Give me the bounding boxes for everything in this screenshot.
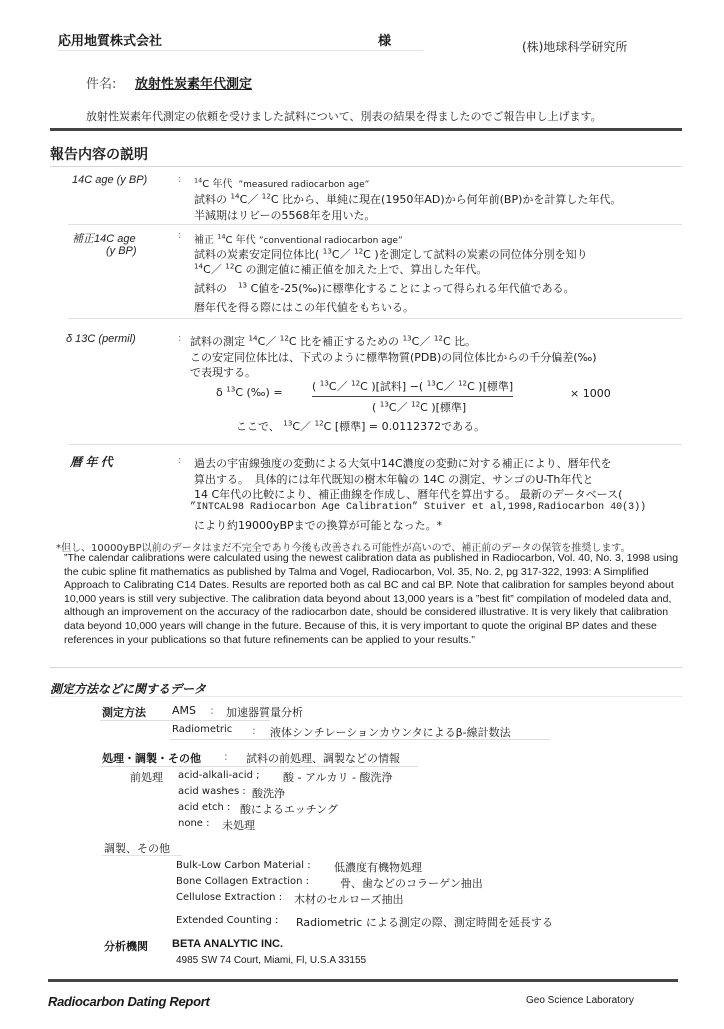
desc-line: 14C／ 12C の測定値に補正値を加えた上で、算出した年代。 [194, 261, 487, 277]
pretreatment-key: acid-alkali-acid ; [178, 770, 259, 781]
desc-line: 試料の 13 C値を-25(‰)に標準化することによって得られる年代値である。 [194, 280, 575, 296]
colon: : [178, 174, 181, 185]
ams-colon: : [210, 704, 214, 717]
formula-multiplier: × 1000 [570, 387, 611, 400]
desc-line: 暦年代を得る際にはこの年代値をもちいる。 [194, 299, 414, 315]
pretreatment-key: none : [178, 818, 210, 829]
divider [100, 766, 418, 767]
preparation-value: 低濃度有機物処理 [334, 859, 422, 875]
section-title-methods: 測定方法などに関するデータ [50, 680, 206, 697]
calibration-note: ”The calendar calibrations were calculat… [64, 552, 684, 647]
pretreatment-key: acid etch : [178, 802, 230, 813]
footer-divider [48, 979, 678, 982]
desc-line: により約19000yBPまでの換算が可能となった。* [194, 517, 442, 533]
extended-key: Extended Counting : [176, 915, 278, 926]
pretreatment-value: 未処理 [222, 817, 255, 833]
ams-value: 加速器質量分析 [226, 704, 303, 720]
label-calendar-age: 暦 年 代 [70, 453, 113, 470]
desc-line: 試料の測定 14C／ 12C 比を補正するための 13C／ 12C 比。 [190, 333, 476, 349]
pretreatment-value: 酸 - アルカリ - 酸洗浄 [283, 769, 392, 785]
processing-colon: : [224, 750, 228, 763]
pretreatment-value: 酸によるエッチング [240, 801, 338, 817]
lab-label: 分析機関 [104, 938, 148, 954]
ams-key: AMS [172, 704, 196, 717]
preparation-value: 骨、歯などのコラーゲン抽出 [340, 875, 483, 891]
issuer-name: (株)地球科学研究所 [522, 38, 627, 55]
subject-label: 件名: [86, 73, 116, 92]
desc-line: 補正 14C 年代 ”conventional radiocarbon age” [194, 231, 403, 246]
desc-line: 試料の炭素安定同位体比( 13C／ 12C )を測定して試料の炭素の同位体分別を… [194, 246, 588, 262]
preparation-key: Bone Collagen Extraction : [176, 876, 309, 887]
divider [100, 720, 270, 721]
label-corrected-14c-age: 補正14C age [72, 230, 136, 246]
divider [50, 667, 682, 668]
client-name: 応用地質株式会社 [58, 30, 162, 49]
extended-value: Radiometric による測定の際、測定時間を延長する [296, 914, 553, 930]
desc-line: 過去の宇宙線強度の変動による大気中14C濃度の変動に対する補正により、暦年代を [194, 455, 612, 471]
radiometric-value: 液体シンチレーションカウンタによるβ-線計数法 [270, 724, 511, 740]
footer-report-title: Radiocarbon Dating Report [48, 994, 210, 1009]
desc-line: 算出する。 具体的には年代既知の樹木年輪の 14C の測定、サンゴのU-Th年代… [194, 471, 593, 487]
lab-name: BETA ANALYTIC INC. [172, 938, 283, 950]
section-title-explanation: 報告内容の説明 [50, 144, 148, 164]
measurement-label: 測定方法 [102, 704, 146, 720]
desc-line: 14 C年代の比較により、補正曲線を作成し、暦年代を算出する。 最新のデータベー… [194, 486, 622, 502]
lab-address: 4985 SW 74 Court, Miami, Fl, U.S.A 33155 [176, 955, 366, 966]
header-divider [50, 128, 682, 131]
honorific: 様 [378, 30, 391, 49]
radiometric-colon: : [252, 724, 256, 737]
divider [170, 739, 550, 740]
pretreatment-key: acid washes : [178, 786, 246, 797]
desc-line: 14C 年代 ”measured radiocarbon age” [194, 175, 369, 190]
intro-text: 放射性炭素年代測定の依頼を受けました試料について、別表の結果を得ましたのでご報告… [86, 108, 602, 124]
processing-value: 試料の前処理、調製などの情報 [246, 750, 400, 766]
divider [102, 855, 182, 856]
radiometric-key: Radiometric [172, 724, 232, 735]
subject-title: 放射性炭素年代測定 [135, 73, 252, 92]
desc-line: 試料の 14C／ 12C 比から、単純に現在(1950年AD)から何年前(BP)… [194, 191, 621, 207]
divider [68, 318, 682, 319]
desc-line: ”INTCAL98 Radiocarbon Age Calibration” S… [190, 502, 646, 513]
formula-denominator: ( 13C／ 12C )[標準] [372, 399, 466, 415]
pretreatment-label: 前処理 [130, 769, 163, 785]
divider [68, 444, 682, 445]
label-delta13c: δ 13C (permil) [66, 333, 136, 345]
preparation-key: Bulk-Low Carbon Material : [176, 860, 311, 871]
divider [68, 224, 682, 225]
divider [50, 696, 682, 697]
preparation-value: 木材のセルローズ抽出 [294, 891, 403, 907]
desc-line: 半減期はリビーの5568年を用いた。 [194, 207, 376, 223]
formula-numerator: ( 13C／ 12C )[試料] −( 13C／ 12C )[標準] [312, 378, 513, 397]
formula-lhs: δ 13C (‰) = [216, 386, 283, 399]
divider [50, 166, 682, 167]
colon: : [178, 333, 181, 344]
label-14c-age: 14C age (y BP) [72, 174, 147, 186]
preparation-label: 調製、その他 [104, 840, 170, 856]
preparation-key: Cellulose Extraction : [176, 892, 282, 903]
processing-label: 処理・調製・その他 [102, 750, 201, 766]
client-underline [58, 50, 423, 51]
colon: : [178, 230, 181, 241]
desc-line: で表現する。 [190, 364, 256, 380]
formula-note: ここで、 13C／ 12C [標準] = 0.0112372である。 [236, 418, 485, 434]
footer-lab-name: Geo Science Laboratory [526, 995, 634, 1006]
pretreatment-value: 酸洗浄 [252, 785, 285, 801]
colon: : [178, 455, 181, 466]
desc-line: この安定同位体比は、下式のように標準物質(PDB)の同位体比からの千分偏差(‰) [190, 349, 597, 365]
label-corrected-14c-age-unit: (y BP) [106, 245, 137, 257]
